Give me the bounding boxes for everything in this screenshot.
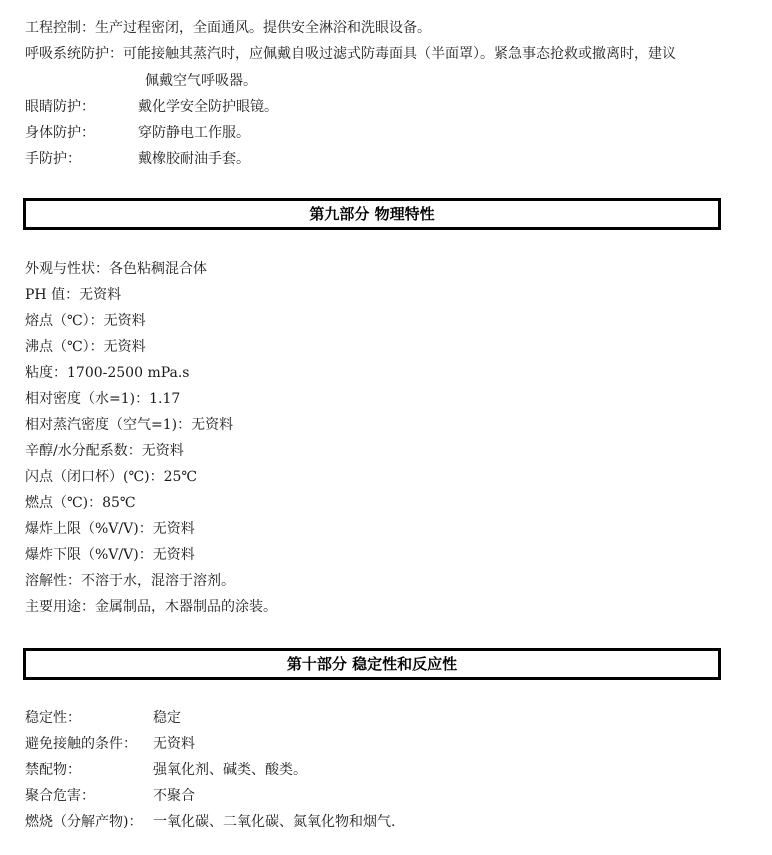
- hand-protection-label: 手防护：: [25, 149, 138, 169]
- property-vapor-density: 相对蒸汽密度（空气=1)：无资料: [25, 415, 233, 435]
- section-9-header: 第九部分 物理特性: [23, 198, 721, 230]
- respiratory-protection-label: 呼吸系统防护：: [25, 46, 123, 62]
- respiratory-protection-value: 可能接触其蒸汽时，应佩戴自吸过滤式防毒面具（半面罩）。紧急事态抢救或撤离时，建议: [123, 46, 676, 62]
- property-flash-point: 闪点（闭口杯）(℃)：25℃: [25, 467, 197, 487]
- stability-value: 稳定: [153, 710, 181, 726]
- stability-label: 稳定性：: [25, 708, 153, 728]
- body-protection-label: 身体防护：: [25, 123, 138, 143]
- combustion-products-value: 一氧化碳、二氧化碳、氮氧化物和烟气.: [153, 814, 395, 830]
- hand-protection-value: 戴橡胶耐油手套。: [138, 151, 250, 167]
- eye-protection-value: 戴化学安全防护眼镜。: [138, 99, 278, 115]
- property-ignition-point: 燃点（℃)：85℃: [25, 493, 136, 513]
- property-melting-point: 熔点（℃）：无资料: [25, 311, 146, 331]
- stability-row: 稳定性：稳定: [25, 708, 181, 728]
- property-upper-explosive-limit: 爆炸上限（%V/V)：无资料: [25, 519, 195, 539]
- combustion-products-label: 燃烧（分解产物)：: [25, 812, 153, 832]
- polymerization-hazard-label: 聚合危害：: [25, 786, 153, 806]
- property-boiling-point: 沸点（℃）：无资料: [25, 337, 146, 357]
- polymerization-hazard-value: 不聚合: [153, 788, 195, 804]
- property-relative-density: 相对密度（水=1)：1.17: [25, 389, 180, 409]
- section-10-header: 第十部分 稳定性和反应性: [23, 648, 721, 680]
- polymerization-hazard-row: 聚合危害：不聚合: [25, 786, 195, 806]
- conditions-to-avoid-label: 避免接触的条件：: [25, 734, 153, 754]
- property-viscosity: 粘度：1700-2500 mPa.s: [25, 363, 190, 383]
- respiratory-protection-line: 呼吸系统防护：可能接触其蒸汽时，应佩戴自吸过滤式防毒面具（半面罩）。紧急事态抢救…: [25, 44, 676, 64]
- conditions-to-avoid-row: 避免接触的条件：无资料: [25, 734, 195, 754]
- engineering-control-line: 工程控制：生产过程密闭，全面通风。提供安全淋浴和洗眼设备。: [25, 18, 431, 38]
- respiratory-protection-continuation: 佩戴空气呼吸器。: [145, 71, 257, 91]
- incompatible-materials-row: 禁配物：强氧化剂、碱类、酸类。: [25, 760, 307, 780]
- property-main-use: 主要用途：金属制品，木器制品的涂装。: [25, 597, 277, 617]
- property-appearance: 外观与性状：各色粘稠混合体: [25, 259, 207, 279]
- hand-protection-line: 手防护：戴橡胶耐油手套。: [25, 149, 250, 169]
- property-solubility: 溶解性：不溶于水，混溶于溶剂。: [25, 571, 235, 591]
- body-protection-value: 穿防静电工作服。: [138, 125, 250, 141]
- combustion-products-row: 燃烧（分解产物)：一氧化碳、二氧化碳、氮氧化物和烟气.: [25, 812, 395, 832]
- eye-protection-line: 眼睛防护：戴化学安全防护眼镜。: [25, 97, 278, 117]
- property-partition-coefficient: 辛醇/水分配系数：无资料: [25, 441, 184, 461]
- property-lower-explosive-limit: 爆炸下限（%V/V)：无资料: [25, 545, 195, 565]
- body-protection-line: 身体防护：穿防静电工作服。: [25, 123, 250, 143]
- engineering-control-value: 生产过程密闭，全面通风。提供安全淋浴和洗眼设备。: [95, 20, 431, 36]
- incompatible-materials-value: 强氧化剂、碱类、酸类。: [153, 762, 307, 778]
- engineering-control-label: 工程控制：: [25, 20, 95, 36]
- incompatible-materials-label: 禁配物：: [25, 760, 153, 780]
- conditions-to-avoid-value: 无资料: [153, 736, 195, 752]
- eye-protection-label: 眼睛防护：: [25, 97, 138, 117]
- property-ph: PH 值：无资料: [25, 285, 121, 305]
